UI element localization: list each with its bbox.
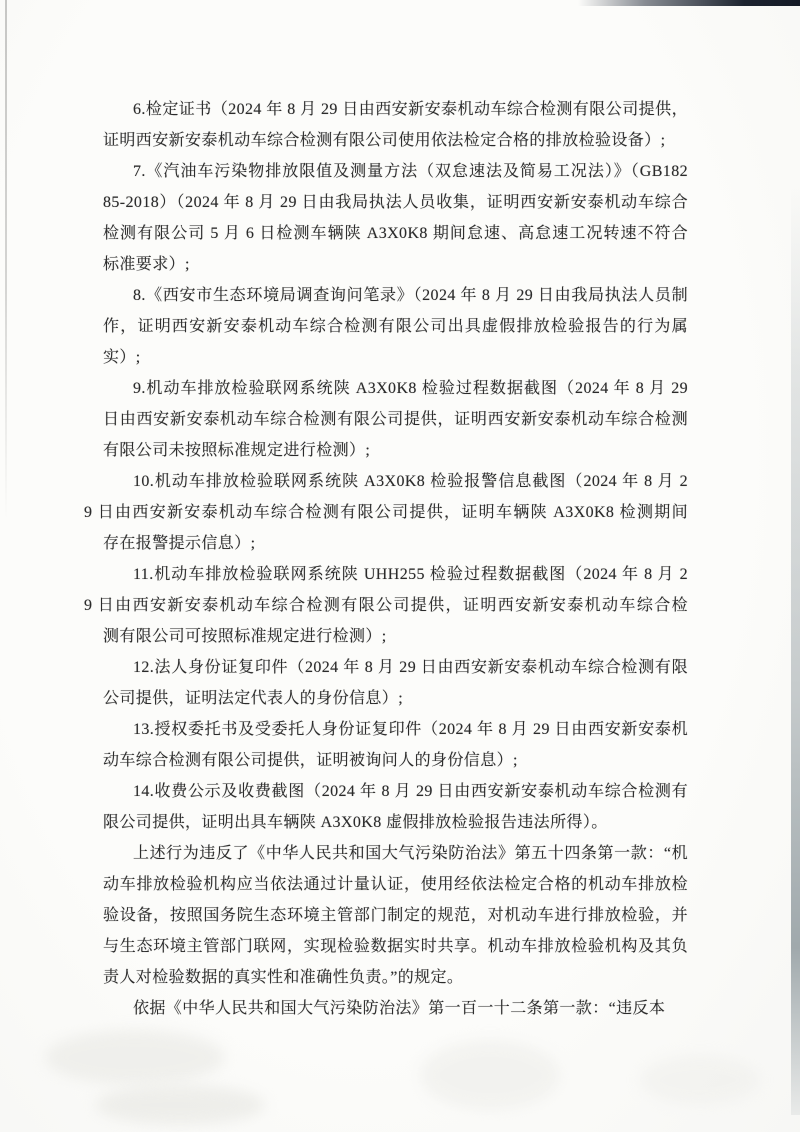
text-line: 验设备，按照国务院生态环境主管部门制定的规范，对机动车进行排放检验，并	[103, 900, 688, 931]
evidence-item-10: 10.机动车排放检验联网系统陕 A3X0K8 检验报警信息截图（2024 年 8…	[103, 466, 688, 559]
text-line: 日由西安新安泰机动车综合检测有限公司提供，证明西安新安泰机动车综合检测	[103, 404, 688, 435]
scan-edge-right-strip	[791, 185, 800, 1115]
scan-smudge	[420, 1040, 560, 1110]
document-body: 6.检定证书（2024 年 8 月 29 日由西安新安泰机动车综合检测有限公司提…	[103, 94, 688, 1024]
evidence-item-14: 14.收费公示及收费截图（2024 年 8 月 29 日由西安新安泰机动车综合检…	[103, 776, 688, 838]
scan-smudge	[95, 1085, 265, 1125]
text-line: 检测有限公司 5 月 6 日检测车辆陕 A3X0K8 期间怠速、高怠速工况转速不…	[103, 218, 688, 249]
text-line: 动车排放检验机构应当依法通过计量认证，使用经依法检定合格的机动车排放检	[103, 869, 688, 900]
text-line: 7.《汽油车污染物排放限值及测量方法（双怠速法及简易工况法）》（GB182	[103, 156, 688, 187]
text-line: 限公司提供，证明出具车辆陕 A3X0K8 虚假排放检验报告违法所得）。	[103, 807, 688, 838]
text-line: 有限公司未按照标准规定进行检测）;	[103, 435, 688, 466]
text-line: 证明西安新安泰机动车综合检测有限公司使用依法检定合格的排放检验设备）;	[103, 125, 688, 156]
text-line: 依据《中华人民共和国大气污染防治法》第一百一十二条第一款：“违反本	[103, 993, 688, 1024]
text-line: 11.机动车排放检验联网系统陕 UHH255 检验过程数据截图（2024 年 8…	[103, 559, 688, 590]
evidence-item-7: 7.《汽油车污染物排放限值及测量方法（双怠速法及简易工况法）》（GB18285-…	[103, 156, 688, 280]
evidence-item-8: 8.《西安市生态环境局调查询问笔录》（2024 年 8 月 29 日由我局执法人…	[103, 280, 688, 373]
scan-edge-left-line	[5, 0, 7, 520]
legal-basis-statement: 依据《中华人民共和国大气污染防治法》第一百一十二条第一款：“违反本	[103, 993, 688, 1024]
scanned-document-page: 6.检定证书（2024 年 8 月 29 日由西安新安泰机动车综合检测有限公司提…	[0, 0, 800, 1132]
text-line: 责人对检验数据的真实性和准确性负责。”的规定。	[103, 962, 688, 993]
text-line: 6.检定证书（2024 年 8 月 29 日由西安新安泰机动车综合检测有限公司提…	[103, 94, 688, 125]
evidence-item-6: 6.检定证书（2024 年 8 月 29 日由西安新安泰机动车综合检测有限公司提…	[103, 94, 688, 156]
text-line: 9 日由西安新安泰机动车综合检测有限公司提供，证明车辆陕 A3X0K8 检测期间	[84, 497, 688, 528]
text-line: 14.收费公示及收费截图（2024 年 8 月 29 日由西安新安泰机动车综合检…	[103, 776, 688, 807]
text-line: 10.机动车排放检验联网系统陕 A3X0K8 检验报警信息截图（2024 年 8…	[103, 466, 688, 497]
evidence-item-13: 13.授权委托书及受委托人身份证复印件（2024 年 8 月 29 日由西安新安…	[103, 714, 688, 776]
text-line: 85-2018）（2024 年 8 月 29 日由我局执法人员收集，证明西安新安…	[103, 187, 688, 218]
text-line: 公司提供，证明法定代表人的身份信息）;	[103, 683, 688, 714]
text-line: 动车综合检测有限公司提供，证明被询问人的身份信息）;	[103, 745, 688, 776]
evidence-item-11: 11.机动车排放检验联网系统陕 UHH255 检验过程数据截图（2024 年 8…	[103, 559, 688, 652]
text-line: 13.授权委托书及受委托人身份证复印件（2024 年 8 月 29 日由西安新安…	[103, 714, 688, 745]
text-line: 8.《西安市生态环境局调查询问笔录》（2024 年 8 月 29 日由我局执法人…	[103, 280, 688, 311]
violation-statement: 上述行为违反了《中华人民共和国大气污染防治法》第五十四条第一款：“机动车排放检验…	[103, 838, 688, 993]
text-line: 上述行为违反了《中华人民共和国大气污染防治法》第五十四条第一款：“机	[103, 838, 688, 869]
scan-smudge	[640, 1055, 760, 1105]
text-line: 作，证明西安新安泰机动车综合检测有限公司出具虚假排放检验报告的行为属	[103, 311, 688, 342]
text-line: 实）;	[103, 342, 688, 373]
text-line: 9 日由西安新安泰机动车综合检测有限公司提供，证明西安新安泰机动车综合检	[84, 590, 688, 621]
text-line: 标准要求）;	[103, 249, 688, 280]
text-line: 与生态环境主管部门联网，实现检验数据实时共享。机动车排放检验机构及其负	[103, 931, 688, 962]
text-line: 12.法人身份证复印件（2024 年 8 月 29 日由西安新安泰机动车综合检测…	[103, 652, 688, 683]
text-line: 测有限公司可按照标准规定进行检测）;	[103, 621, 688, 652]
evidence-item-12: 12.法人身份证复印件（2024 年 8 月 29 日由西安新安泰机动车综合检测…	[103, 652, 688, 714]
text-line: 9.机动车排放检验联网系统陕 A3X0K8 检验过程数据截图（2024 年 8 …	[103, 373, 688, 404]
scan-edge-top-band	[578, 0, 800, 6]
evidence-item-9: 9.机动车排放检验联网系统陕 A3X0K8 检验过程数据截图（2024 年 8 …	[103, 373, 688, 466]
scan-smudge	[45, 1030, 225, 1085]
text-line: 存在报警提示信息）;	[103, 528, 688, 559]
